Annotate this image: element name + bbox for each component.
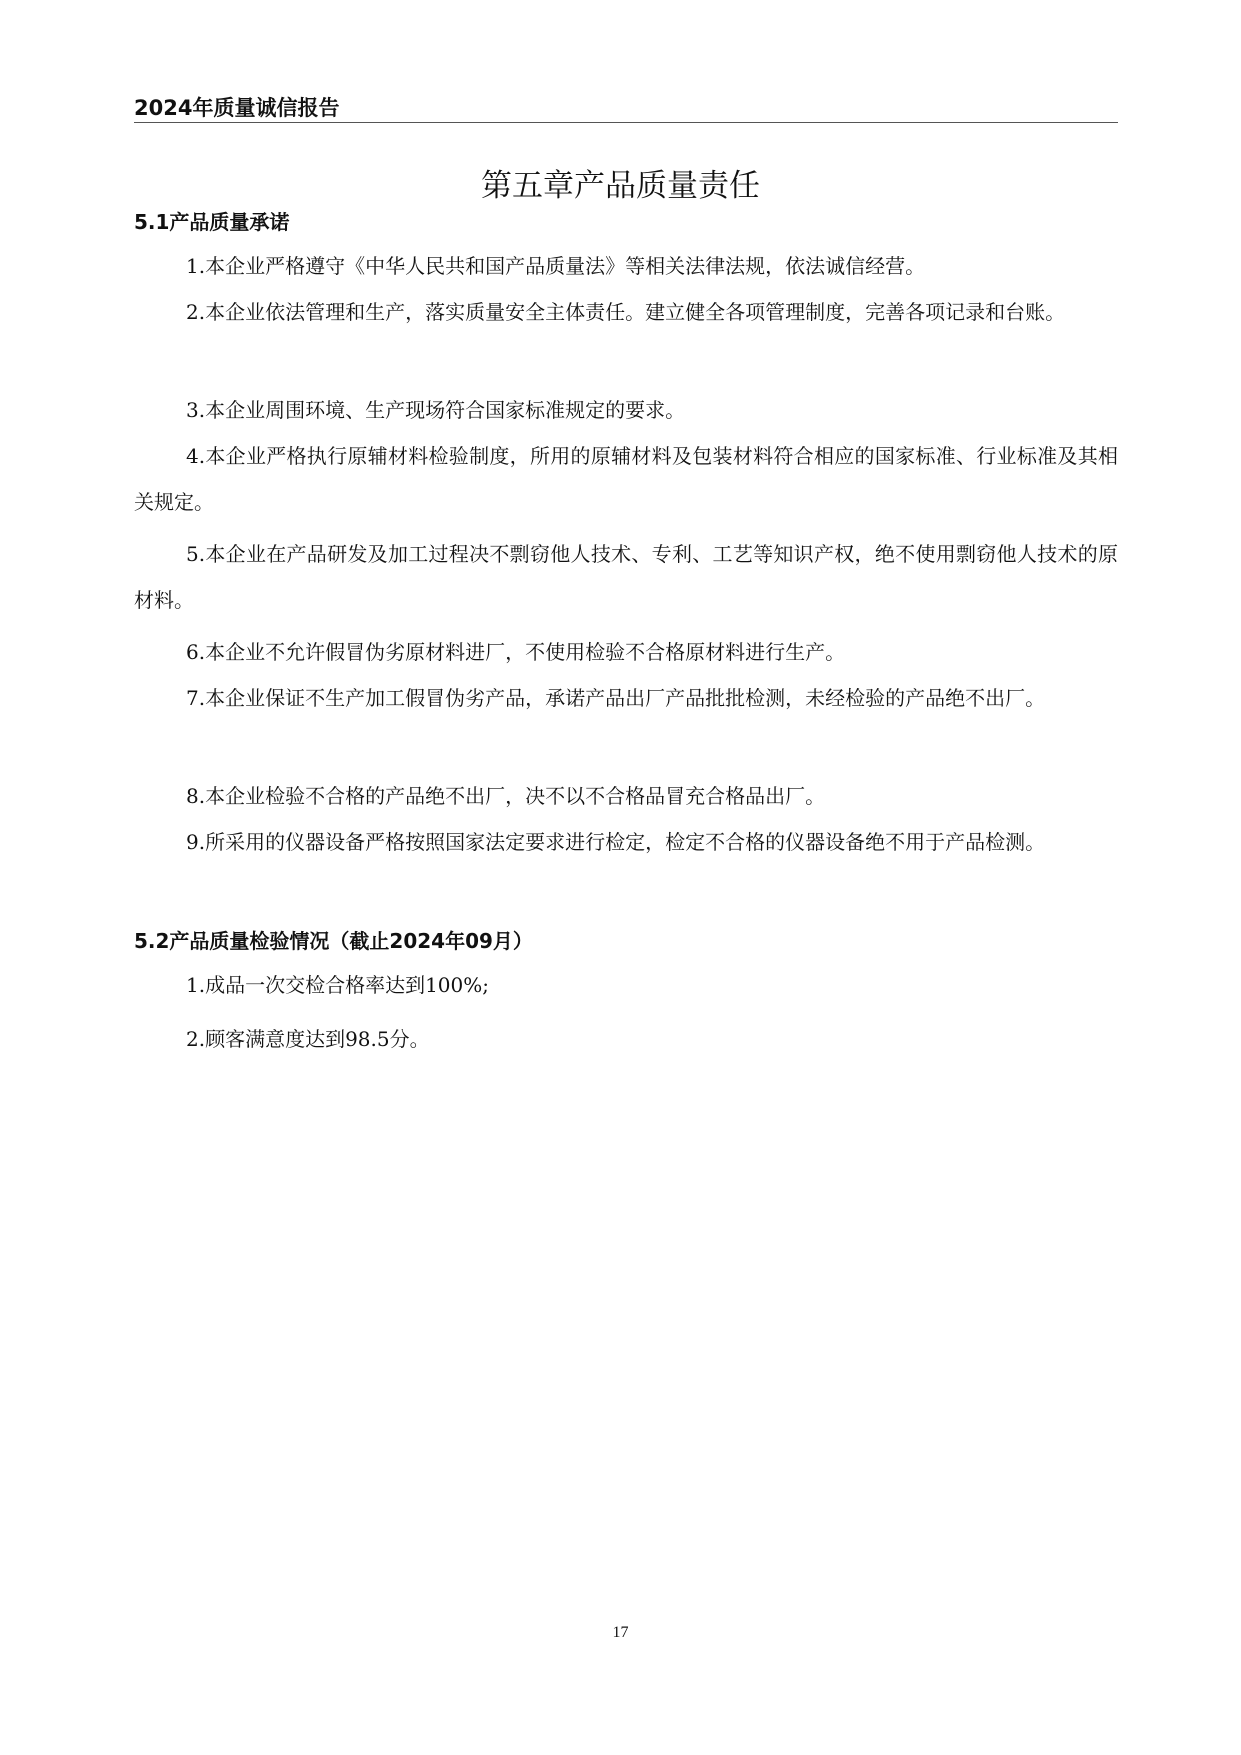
section-heading-5-2: 5.2产品质量检验情况（截止2024年09月） [134, 925, 533, 954]
paragraph-5-1-item-1: 1.本企业严格遵守《中华人民共和国产品质量法》等相关法律法规，依法诚信经营。 [134, 243, 1118, 289]
section-heading-5-1: 5.1产品质量承诺 [134, 206, 289, 235]
paragraph-5-1-item-7: 7.本企业保证不生产加工假冒伪劣产品，承诺产品出厂产品批批检测，未经检验的产品绝… [134, 675, 1118, 721]
page-number: 17 [0, 1624, 1241, 1642]
paragraph-5-1-item-3: 3.本企业周围环境、生产现场符合国家标准规定的要求。 [134, 387, 1118, 433]
paragraph-5-2-item-2: 2.顾客满意度达到98.5分。 [134, 1016, 1118, 1062]
chapter-title: 第五章产品质量责任 [0, 160, 1241, 205]
paragraph-5-1-item-4: 4.本企业严格执行原辅材料检验制度，所用的原辅材料及包装材料符合相应的国家标准、… [134, 433, 1118, 525]
paragraph-5-1-item-5: 5.本企业在产品研发及加工过程决不剽窃他人技术、专利、工艺等知识产权，绝不使用剽… [134, 531, 1118, 623]
paragraph-5-1-item-6: 6.本企业不允许假冒伪劣原材料进厂，不使用检验不合格原材料进行生产。 [134, 629, 1118, 675]
document-header-title: 2024年质量诚信报告 [134, 92, 339, 122]
header-divider [134, 122, 1118, 123]
paragraph-5-2-item-1: 1.成品一次交检合格率达到100%; [134, 962, 1118, 1008]
paragraph-5-1-item-2: 2.本企业依法管理和生产，落实质量安全主体责任。建立健全各项管理制度，完善各项记… [134, 289, 1118, 335]
paragraph-5-1-item-9: 9.所采用的仪器设备严格按照国家法定要求进行检定，检定不合格的仪器设备绝不用于产… [134, 819, 1118, 865]
paragraph-5-1-item-8: 8.本企业检验不合格的产品绝不出厂，决不以不合格品冒充合格品出厂。 [134, 773, 1118, 819]
